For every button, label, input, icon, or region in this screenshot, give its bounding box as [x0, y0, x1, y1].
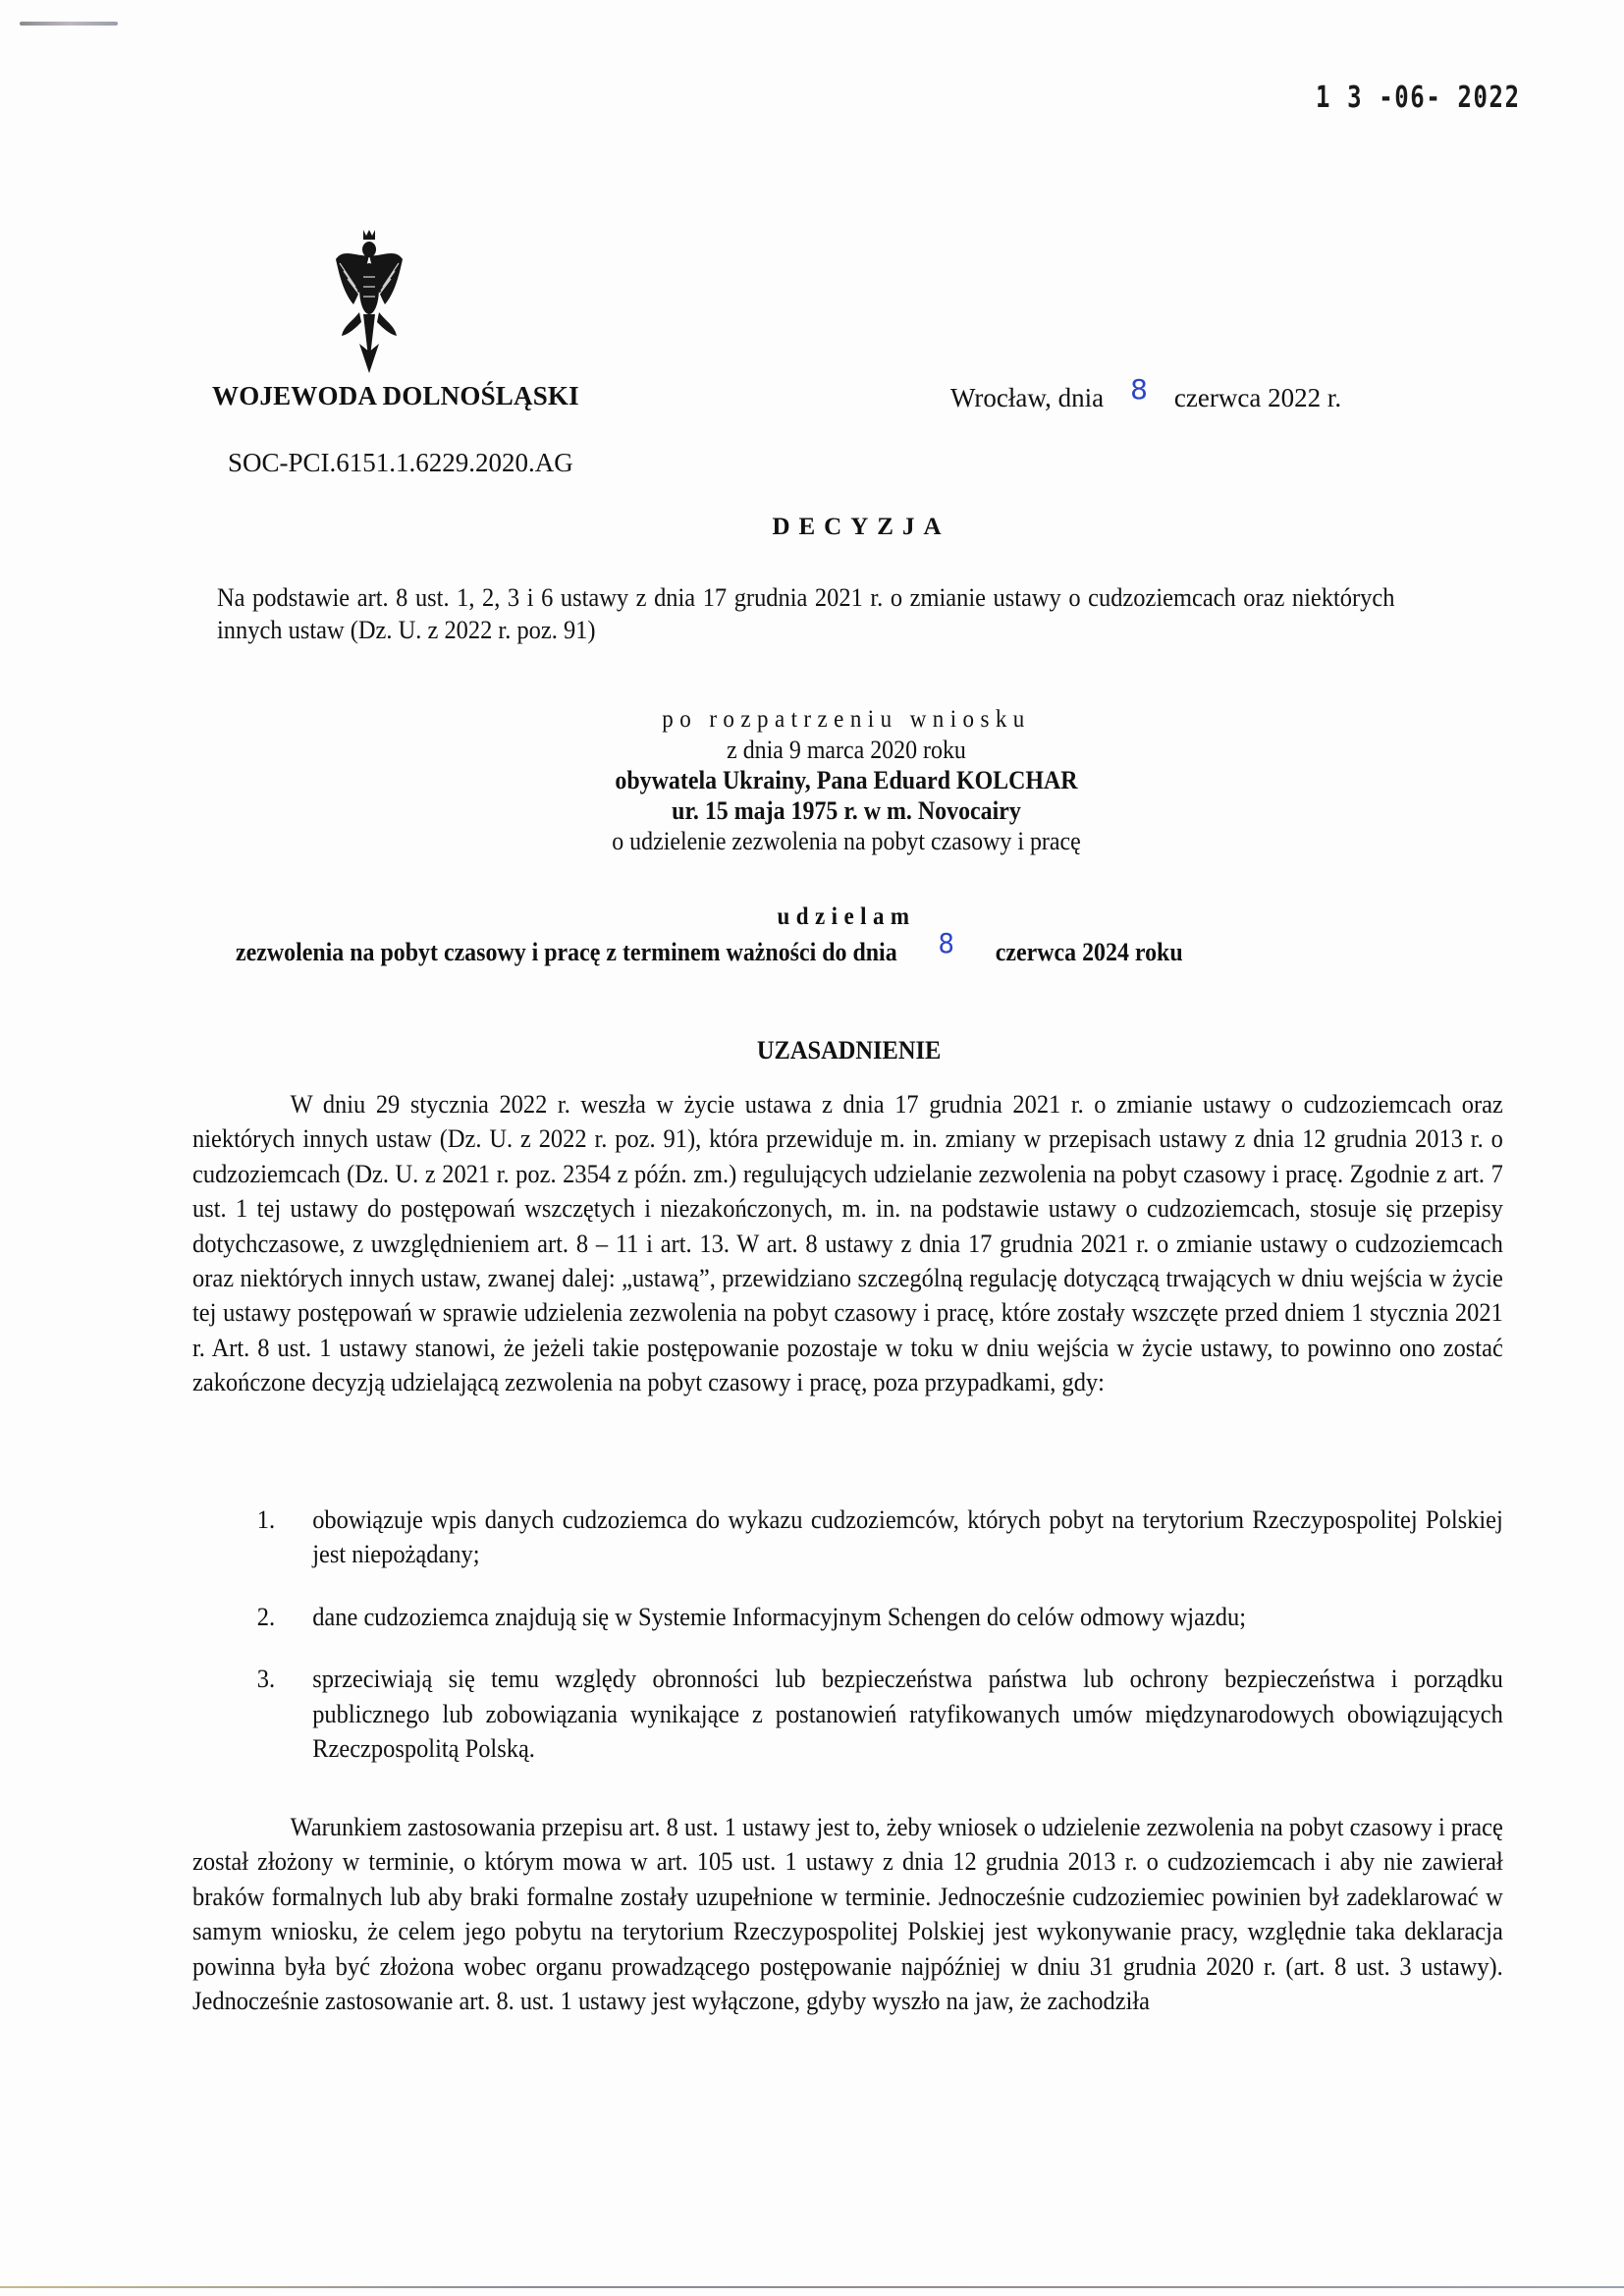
paragraph-text: W dniu 29 stycznia 2022 r. weszła w życi… [192, 1087, 1503, 1400]
list-item: 3. sprzeciwiają się temu względy obronno… [192, 1662, 1503, 1766]
list-number: 2. [192, 1600, 293, 1634]
justification-heading: UZASADNIENIE [49, 1036, 1576, 1066]
justification-paragraph-1: W dniu 29 stycznia 2022 r. weszła w życi… [192, 1087, 1503, 1400]
grant-heading: udzielam [131, 902, 1561, 932]
application-details: po rozpatrzeniu wniosku z dnia 9 marca 2… [0, 704, 1624, 856]
grant-text-prefix: zezwolenia na pobyt czasowy i pracę z te… [236, 938, 897, 966]
list-number: 1. [192, 1503, 293, 1572]
list-item: 1. obowiązuje wpis danych cudzoziemca do… [192, 1503, 1503, 1572]
list-text: obowiązuje wpis danych cudzoziemca do wy… [293, 1503, 1503, 1572]
case-number: SOC-PCI.6151.1.6229.2020.AG [228, 448, 573, 478]
receipt-date-stamp: 1 3 -06- 2022 [1316, 81, 1521, 115]
place-and-date: Wrocław, dnia 8 czerwca 2022 r. [950, 381, 1341, 413]
legal-basis-paragraph: Na podstawie art. 8 ust. 1, 2, 3 i 6 ust… [217, 581, 1394, 646]
decision-title: DECYZJA [0, 514, 1624, 541]
grant-heading-block: udzielam [0, 902, 1624, 932]
list-number: 3. [192, 1662, 293, 1766]
scanned-document-page: 1 3 -06- 2022 WOJEWODA DOLNOŚLĄSKI W [0, 0, 1624, 2296]
paragraph-text: Warunkiem zastosowania przepisu art. 8 u… [192, 1810, 1503, 2018]
application-date: z dnia 9 marca 2020 roku [131, 735, 1561, 765]
applicant-birth: ur. 15 maja 1975 r. w m. Novocairy [131, 795, 1561, 826]
application-subject: o udzielenie zezwolenia na pobyt czasowy… [131, 826, 1561, 856]
applicant-name: obywatela Ukrainy, Pana Eduard KOLCHAR [131, 765, 1561, 795]
handwritten-expiry-day: 8 [939, 927, 954, 959]
justification-paragraph-2: Warunkiem zastosowania przepisu art. 8 u… [192, 1810, 1503, 2018]
place-date-suffix: czerwca 2022 r. [1174, 383, 1341, 412]
application-heading: po rozpatrzeniu wniosku [131, 704, 1561, 735]
list-text: sprzeciwiają się temu względy obronności… [293, 1662, 1503, 1766]
list-text: dane cudzoziemca znajdują się w Systemie… [293, 1600, 1503, 1634]
list-item: 2. dane cudzoziemca znajdują się w Syste… [192, 1600, 1503, 1634]
grant-text-suffix: czerwca 2024 roku [996, 938, 1183, 966]
scan-artifact-mark [20, 22, 118, 26]
handwritten-day: 8 [1130, 373, 1148, 406]
scan-edge-line [0, 2286, 1624, 2288]
issuing-authority: WOJEWODA DOLNOŚLĄSKI [212, 381, 579, 411]
exception-list: 1. obowiązuje wpis danych cudzoziemca do… [192, 1503, 1503, 1793]
grant-statement: zezwolenia na pobyt czasowy i pracę z te… [236, 935, 1183, 967]
polish-eagle-emblem-icon [334, 228, 405, 375]
place-date-prefix: Wrocław, dnia [950, 383, 1104, 412]
